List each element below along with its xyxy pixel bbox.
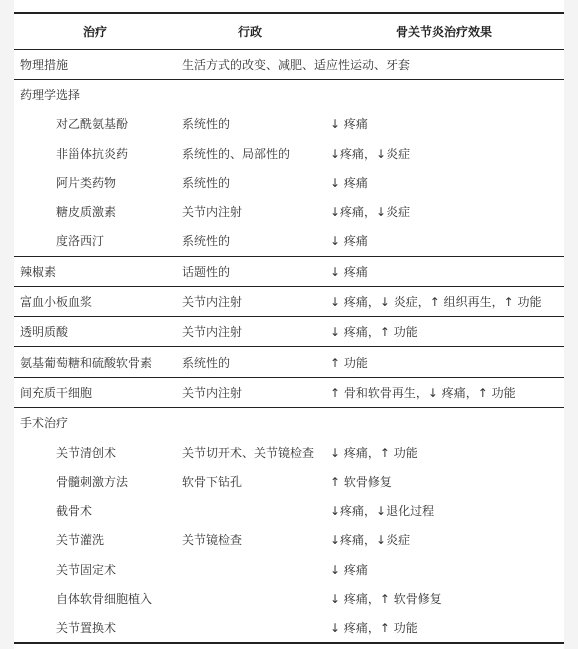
administration-cell: 系统性的、局部性的 <box>176 138 324 167</box>
table-row: 药理学选择 <box>14 79 564 109</box>
effect-cell: ↓ 疼痛 <box>324 109 564 138</box>
effect-cell: ↓ 疼痛 <box>324 226 564 256</box>
effect-cell: ↓疼痛，↓退化过程 <box>324 496 564 525</box>
header-effect: 骨关节炎治疗效果 <box>324 13 564 49</box>
administration-cell <box>176 584 324 613</box>
effect-cell: ↓ 疼痛，↓ 炎症，↑ 组织再生，↑ 功能 <box>324 286 564 316</box>
table-row: 截骨术↓疼痛，↓退化过程 <box>14 496 564 525</box>
table-row: 度洛西汀系统性的↓ 疼痛 <box>14 226 564 256</box>
administration-cell: 系统性的 <box>176 226 324 256</box>
administration-cell <box>176 555 324 584</box>
table-row: 关节清创术关节切开术、关节镜检查↓ 疼痛，↑ 功能 <box>14 437 564 466</box>
effect-cell: ↓疼痛，↓炎症 <box>324 197 564 226</box>
table-row: 辣椒素话题性的↓ 疼痛 <box>14 256 564 286</box>
administration-cell: 关节内注射 <box>176 377 324 407</box>
treatment-cell: 截骨术 <box>14 496 176 525</box>
treatment-cell: 自体软骨细胞植入 <box>14 584 176 613</box>
effect-cell: ↓ 疼痛，↑ 功能 <box>324 613 564 643</box>
table-row: 非甾体抗炎药系统性的、局部性的↓疼痛，↓炎症 <box>14 138 564 167</box>
treatment-cell: 关节灌洗 <box>14 525 176 554</box>
administration-cell: 系统性的 <box>176 347 324 377</box>
osteoarthritis-treatment-table: 治疗 行政 骨关节炎治疗效果 物理措施生活方式的改变、减肥、适应性运动、牙套药理… <box>14 12 564 644</box>
table-row: 自体软骨细胞植入↓ 疼痛，↑ 软骨修复 <box>14 584 564 613</box>
administration-cell <box>176 613 324 643</box>
effect-cell: ↑ 骨和软骨再生，↓ 疼痛，↑ 功能 <box>324 377 564 407</box>
effect-cell: ↓ 疼痛，↑ 功能 <box>324 437 564 466</box>
treatment-cell: 透明质酸 <box>14 317 176 347</box>
table-row: 间充质干细胞关节内注射↑ 骨和软骨再生，↓ 疼痛，↑ 功能 <box>14 377 564 407</box>
administration-cell: 关节内注射 <box>176 286 324 316</box>
administration-cell: 系统性的 <box>176 168 324 197</box>
header-administration: 行政 <box>176 13 324 49</box>
effect-cell <box>324 408 564 438</box>
treatment-cell: 关节清创术 <box>14 437 176 466</box>
administration-cell <box>176 408 324 438</box>
effect-cell: ↓ 疼痛，↑ 软骨修复 <box>324 584 564 613</box>
administration-cell <box>176 79 324 109</box>
table-row: 氨基葡萄糖和硫酸软骨素系统性的↑ 功能 <box>14 347 564 377</box>
effect-cell: ↑ 软骨修复 <box>324 467 564 496</box>
treatment-cell: 氨基葡萄糖和硫酸软骨素 <box>14 347 176 377</box>
treatment-cell: 关节置换术 <box>14 613 176 643</box>
effect-cell: ↓ 疼痛 <box>324 555 564 584</box>
treatment-cell: 间充质干细胞 <box>14 377 176 407</box>
effect-cell: ↓疼痛，↓炎症 <box>324 525 564 554</box>
treatment-cell: 阿片类药物 <box>14 168 176 197</box>
table-row: 手术治疗 <box>14 408 564 438</box>
administration-cell: 软骨下钻孔 <box>176 467 324 496</box>
administration-cell: 话题性的 <box>176 256 324 286</box>
table-row: 透明质酸关节内注射↓ 疼痛，↑ 功能 <box>14 317 564 347</box>
effect-cell: ↓疼痛，↓炎症 <box>324 138 564 167</box>
administration-cell <box>176 496 324 525</box>
effect-cell: ↑ 功能 <box>324 347 564 377</box>
administration-cell: 关节内注射 <box>176 197 324 226</box>
treatment-cell: 物理措施 <box>14 49 176 79</box>
treatment-cell: 富血小板血浆 <box>14 286 176 316</box>
treatment-cell: 辣椒素 <box>14 256 176 286</box>
administration-cell: 生活方式的改变、减肥、适应性运动、牙套 <box>176 49 324 79</box>
table-row: 糖皮质激素关节内注射↓疼痛，↓炎症 <box>14 197 564 226</box>
treatment-cell: 度洛西汀 <box>14 226 176 256</box>
treatment-cell: 非甾体抗炎药 <box>14 138 176 167</box>
table-row: 阿片类药物系统性的↓ 疼痛 <box>14 168 564 197</box>
table-row: 关节固定术↓ 疼痛 <box>14 555 564 584</box>
treatment-cell: 药理学选择 <box>14 79 176 109</box>
effect-cell: ↓ 疼痛 <box>324 168 564 197</box>
table-row: 关节灌洗关节镜检查↓疼痛，↓炎症 <box>14 525 564 554</box>
table-header-row: 治疗 行政 骨关节炎治疗效果 <box>14 13 564 49</box>
administration-cell: 系统性的 <box>176 109 324 138</box>
administration-cell: 关节切开术、关节镜检查 <box>176 437 324 466</box>
treatment-cell: 对乙酰氨基酚 <box>14 109 176 138</box>
effect-cell: ↓ 疼痛 <box>324 256 564 286</box>
table-row: 关节置换术↓ 疼痛，↑ 功能 <box>14 613 564 643</box>
treatment-cell: 糖皮质激素 <box>14 197 176 226</box>
table-row: 物理措施生活方式的改变、减肥、适应性运动、牙套 <box>14 49 564 79</box>
table-row: 富血小板血浆关节内注射↓ 疼痛，↓ 炎症，↑ 组织再生，↑ 功能 <box>14 286 564 316</box>
treatment-cell: 手术治疗 <box>14 408 176 438</box>
treatment-cell: 骨髓刺激方法 <box>14 467 176 496</box>
treatment-cell: 关节固定术 <box>14 555 176 584</box>
table-row: 骨髓刺激方法软骨下钻孔↑ 软骨修复 <box>14 467 564 496</box>
header-treatment: 治疗 <box>14 13 176 49</box>
administration-cell: 关节内注射 <box>176 317 324 347</box>
effect-cell: ↓ 疼痛，↑ 功能 <box>324 317 564 347</box>
administration-cell: 关节镜检查 <box>176 525 324 554</box>
table-row: 对乙酰氨基酚系统性的↓ 疼痛 <box>14 109 564 138</box>
effect-cell <box>324 79 564 109</box>
